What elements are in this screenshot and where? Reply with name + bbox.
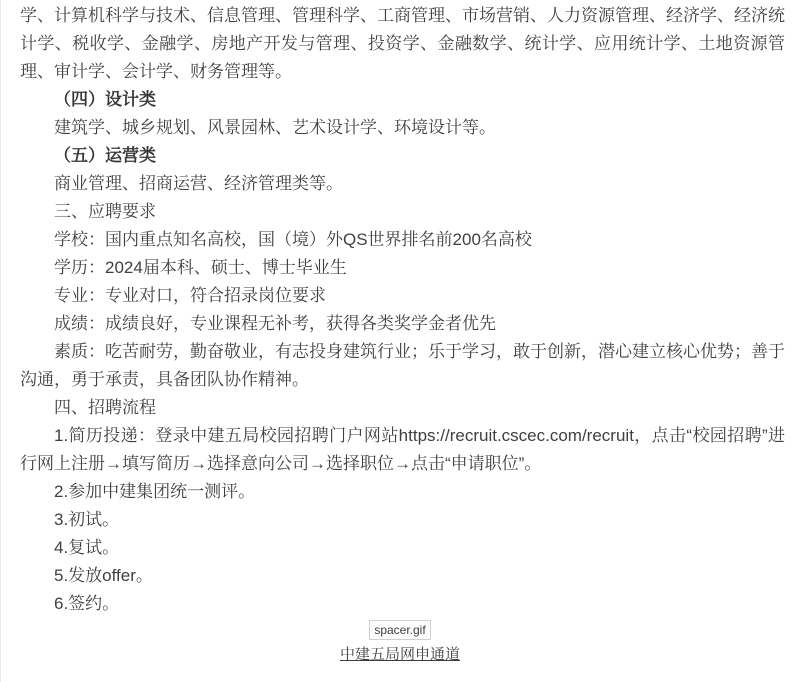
process-step-second-interview: 4.复试。 xyxy=(20,534,785,562)
document-page: 学、计算机科学与技术、信息管理、管理科学、工商管理、市场营销、人力资源管理、经济… xyxy=(0,0,799,682)
document-body: 学、计算机科学与技术、信息管理、管理科学、工商管理、市场营销、人力资源管理、经济… xyxy=(1,0,799,618)
section-heading-process: 四、招聘流程 xyxy=(20,394,785,422)
requirement-school: 学校：国内重点知名高校，国（境）外QS世界排名前200名高校 xyxy=(20,226,785,254)
heading-design-category: （四）设计类 xyxy=(20,86,785,114)
section-heading-requirements: 三、应聘要求 xyxy=(20,198,785,226)
broken-spacer-image: spacer.gif xyxy=(369,620,430,640)
process-step-offer: 5.发放offer。 xyxy=(20,562,785,590)
footer: spacer.gif 中建五局网申通道 xyxy=(1,620,799,667)
requirement-grades: 成绩：成绩良好，专业课程无补考，获得各类奖学金者优先 xyxy=(20,310,785,338)
process-step-resume: 1.简历投递：登录中建五局校园招聘门户网站https://recruit.csc… xyxy=(20,422,785,478)
process-step-sign: 6.签约。 xyxy=(20,590,785,618)
majors-list-management-economics: 学、计算机科学与技术、信息管理、管理科学、工商管理、市场营销、人力资源管理、经济… xyxy=(20,2,785,86)
requirement-degree: 学历：2024届本科、硕士、博士毕业生 xyxy=(20,254,785,282)
process-step-assessment: 2.参加中建集团统一测评。 xyxy=(20,478,785,506)
requirement-qualities: 素质：吃苦耐劳，勤奋敬业，有志投身建筑行业；乐于学习，敢于创新，潜心建立核心优势… xyxy=(20,338,785,394)
process-step-first-interview: 3.初试。 xyxy=(20,506,785,534)
apply-channel-link[interactable]: 中建五局网申通道 xyxy=(340,643,460,667)
majors-list-design: 建筑学、城乡规划、风景园林、艺术设计学、环境设计等。 xyxy=(20,114,785,142)
requirement-major: 专业：专业对口，符合招录岗位要求 xyxy=(20,282,785,310)
heading-operations-category: （五）运营类 xyxy=(20,142,785,170)
majors-list-operations: 商业管理、招商运营、经济管理类等。 xyxy=(20,170,785,198)
